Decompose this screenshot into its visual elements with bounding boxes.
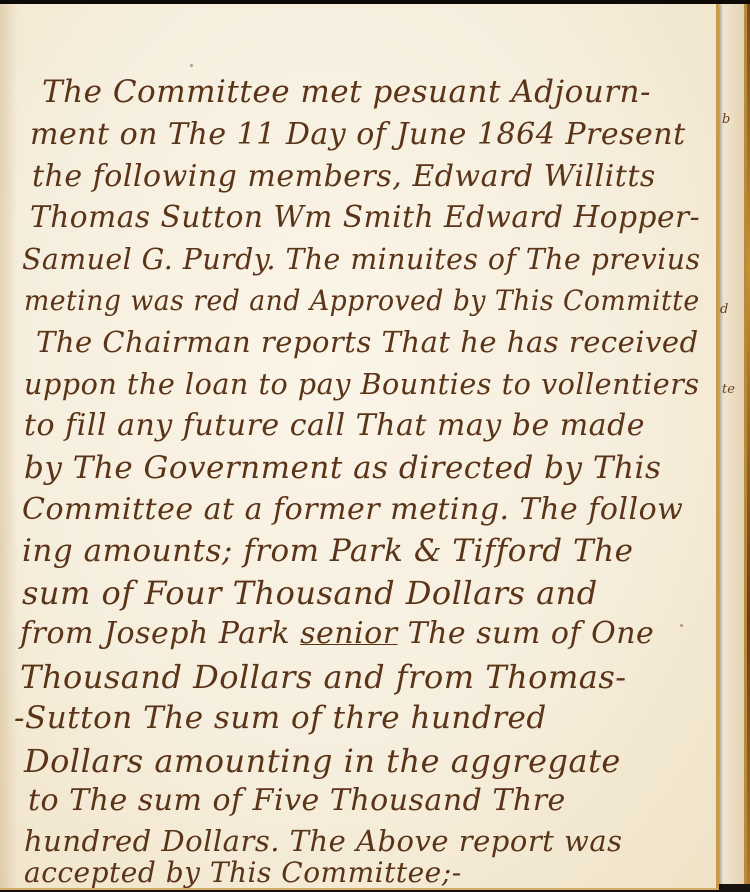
text-line-11: Committee at a former meting. The follow: [22, 492, 683, 527]
text-line-7: The Chairman reports That he has receive…: [36, 325, 699, 359]
text-line-3: the following members, Edward Willitts: [32, 159, 656, 194]
text-line-5: Samuel G. Purdy. The minuites of The pre…: [22, 242, 701, 276]
text-line-8: uppon the loan to pay Bounties to vollen…: [24, 367, 700, 401]
text-line-20: accepted by This Committee;-: [24, 856, 462, 889]
manuscript-book: b te d The Committee met pesuant Adjourn…: [0, 0, 750, 892]
handwritten-text: The Committee met pesuant Adjourn- ment …: [0, 4, 716, 888]
text-line-1: The Committee met pesuant Adjourn-: [42, 74, 651, 110]
text-line-12: ing amounts; from Park & Tifford The: [22, 533, 633, 569]
margin-note: te: [722, 382, 735, 397]
text-line-6: meting was red and Approved by This Comm…: [24, 284, 700, 317]
line-14-part-a: from Joseph Park senior The sum of One: [20, 616, 654, 651]
text-line-17: Dollars amounting in the aggregate: [24, 742, 621, 780]
manuscript-page: The Committee met pesuant Adjourn- ment …: [0, 4, 719, 890]
text-line-16: -Sutton The sum of thre hundred: [14, 700, 547, 736]
text-line-14: from Joseph Park senior The sum of One: [20, 616, 654, 651]
underlined-word: senior: [300, 616, 397, 651]
text-line-4: Thomas Sutton Wm Smith Edward Hopper-: [30, 200, 700, 235]
text-line-18: to The sum of Five Thousand Thre: [28, 783, 566, 818]
margin-note: d: [720, 302, 728, 317]
text-line-19: hundred Dollars. The Above report was: [24, 824, 623, 858]
text-line-15: Thousand Dollars and from Thomas-: [20, 658, 627, 696]
text-line-13: sum of Four Thousand Dollars and: [22, 574, 598, 612]
text-line-10: by The Government as directed by This: [24, 450, 661, 486]
margin-note: b: [722, 112, 730, 127]
text-line-9: to fill any future call That may be made: [24, 408, 645, 443]
text-line-2: ment on The 11 Day of June 1864 Present: [30, 117, 686, 152]
